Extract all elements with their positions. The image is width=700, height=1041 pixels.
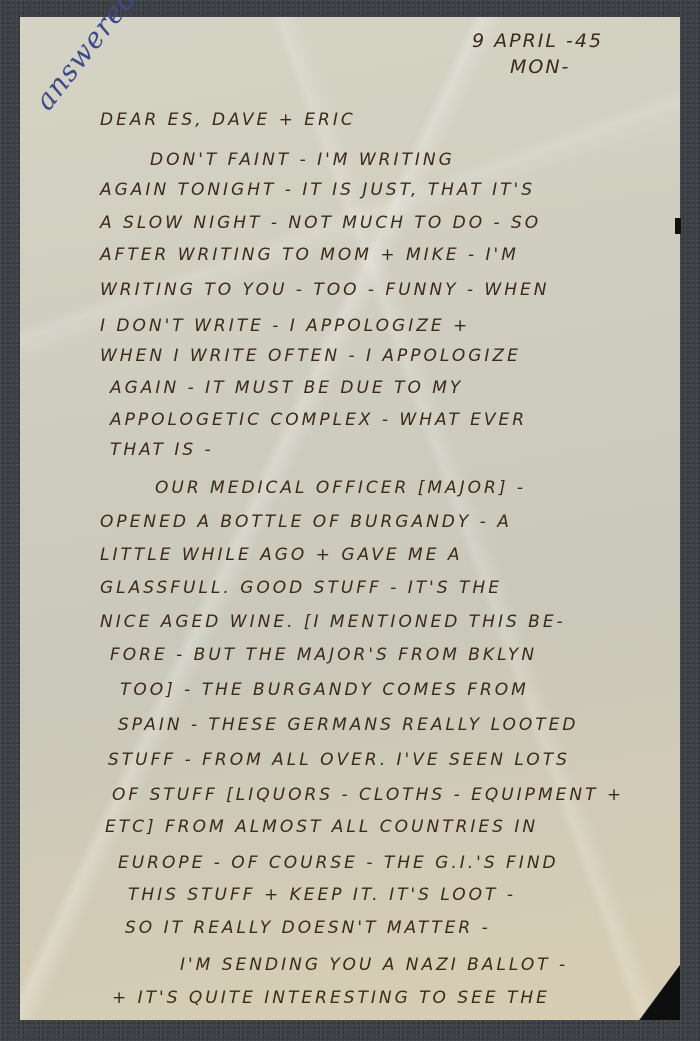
letter-line: stuff - from all over. I've seen lots	[108, 750, 570, 770]
letter-line: I don't write - I appologize +	[100, 316, 470, 336]
letter-line: Our medical officer [Major] -	[155, 478, 526, 498]
letter-line: again - It must be due to my	[110, 378, 463, 398]
paper-notch	[675, 218, 681, 234]
letter-day: Mon-	[510, 56, 570, 78]
letter-line: Don't faint - I'm writing	[150, 150, 455, 170]
letter-line: Spain - These Germans really looted	[118, 715, 579, 735]
letter-date: 9 April -45	[472, 30, 603, 52]
letter-line: + it's quite interesting to see the	[112, 988, 550, 1008]
letter-line: nice aged wine. [I mentioned this be-	[100, 612, 566, 632]
letter-line: of stuff [liquors - cloths - equipment +	[112, 785, 624, 805]
letter-line: little while ago + gave me a	[100, 545, 463, 565]
letter-line: after writing to Mom + Mike - I'm	[100, 245, 519, 265]
letter-line: a slow night - not much to do - so	[100, 213, 541, 233]
letter-line: this stuff + keep it. It's loot -	[128, 885, 516, 905]
letter-line: fore - but the Major's from Bklyn	[110, 645, 537, 665]
letter-line: glassfull. Good stuff - it's the	[100, 578, 502, 598]
letter-line: again tonight - It is just, that it's	[100, 180, 535, 200]
letter-line: too] - The Burgandy comes from	[120, 680, 529, 700]
letter-line: when I write often - I appologize	[100, 346, 521, 366]
salutation: Dear Es, Dave + Eric	[100, 110, 356, 130]
letter-line: appologetic complex - what ever	[110, 410, 527, 430]
letter-line: so it really doesn't matter -	[125, 918, 491, 938]
letter-line: opened a bottle of Burgandy - A	[100, 512, 512, 532]
letter-line: that is -	[110, 440, 214, 460]
letter-line: I'm sending you a Nazi ballot -	[180, 955, 568, 975]
letter-line: etc] from almost all countries in	[105, 817, 538, 837]
letter-line: writing to you - too - Funny - when	[100, 280, 549, 300]
letter-line: Europe - Of course - the G.I.'s find	[118, 853, 559, 873]
